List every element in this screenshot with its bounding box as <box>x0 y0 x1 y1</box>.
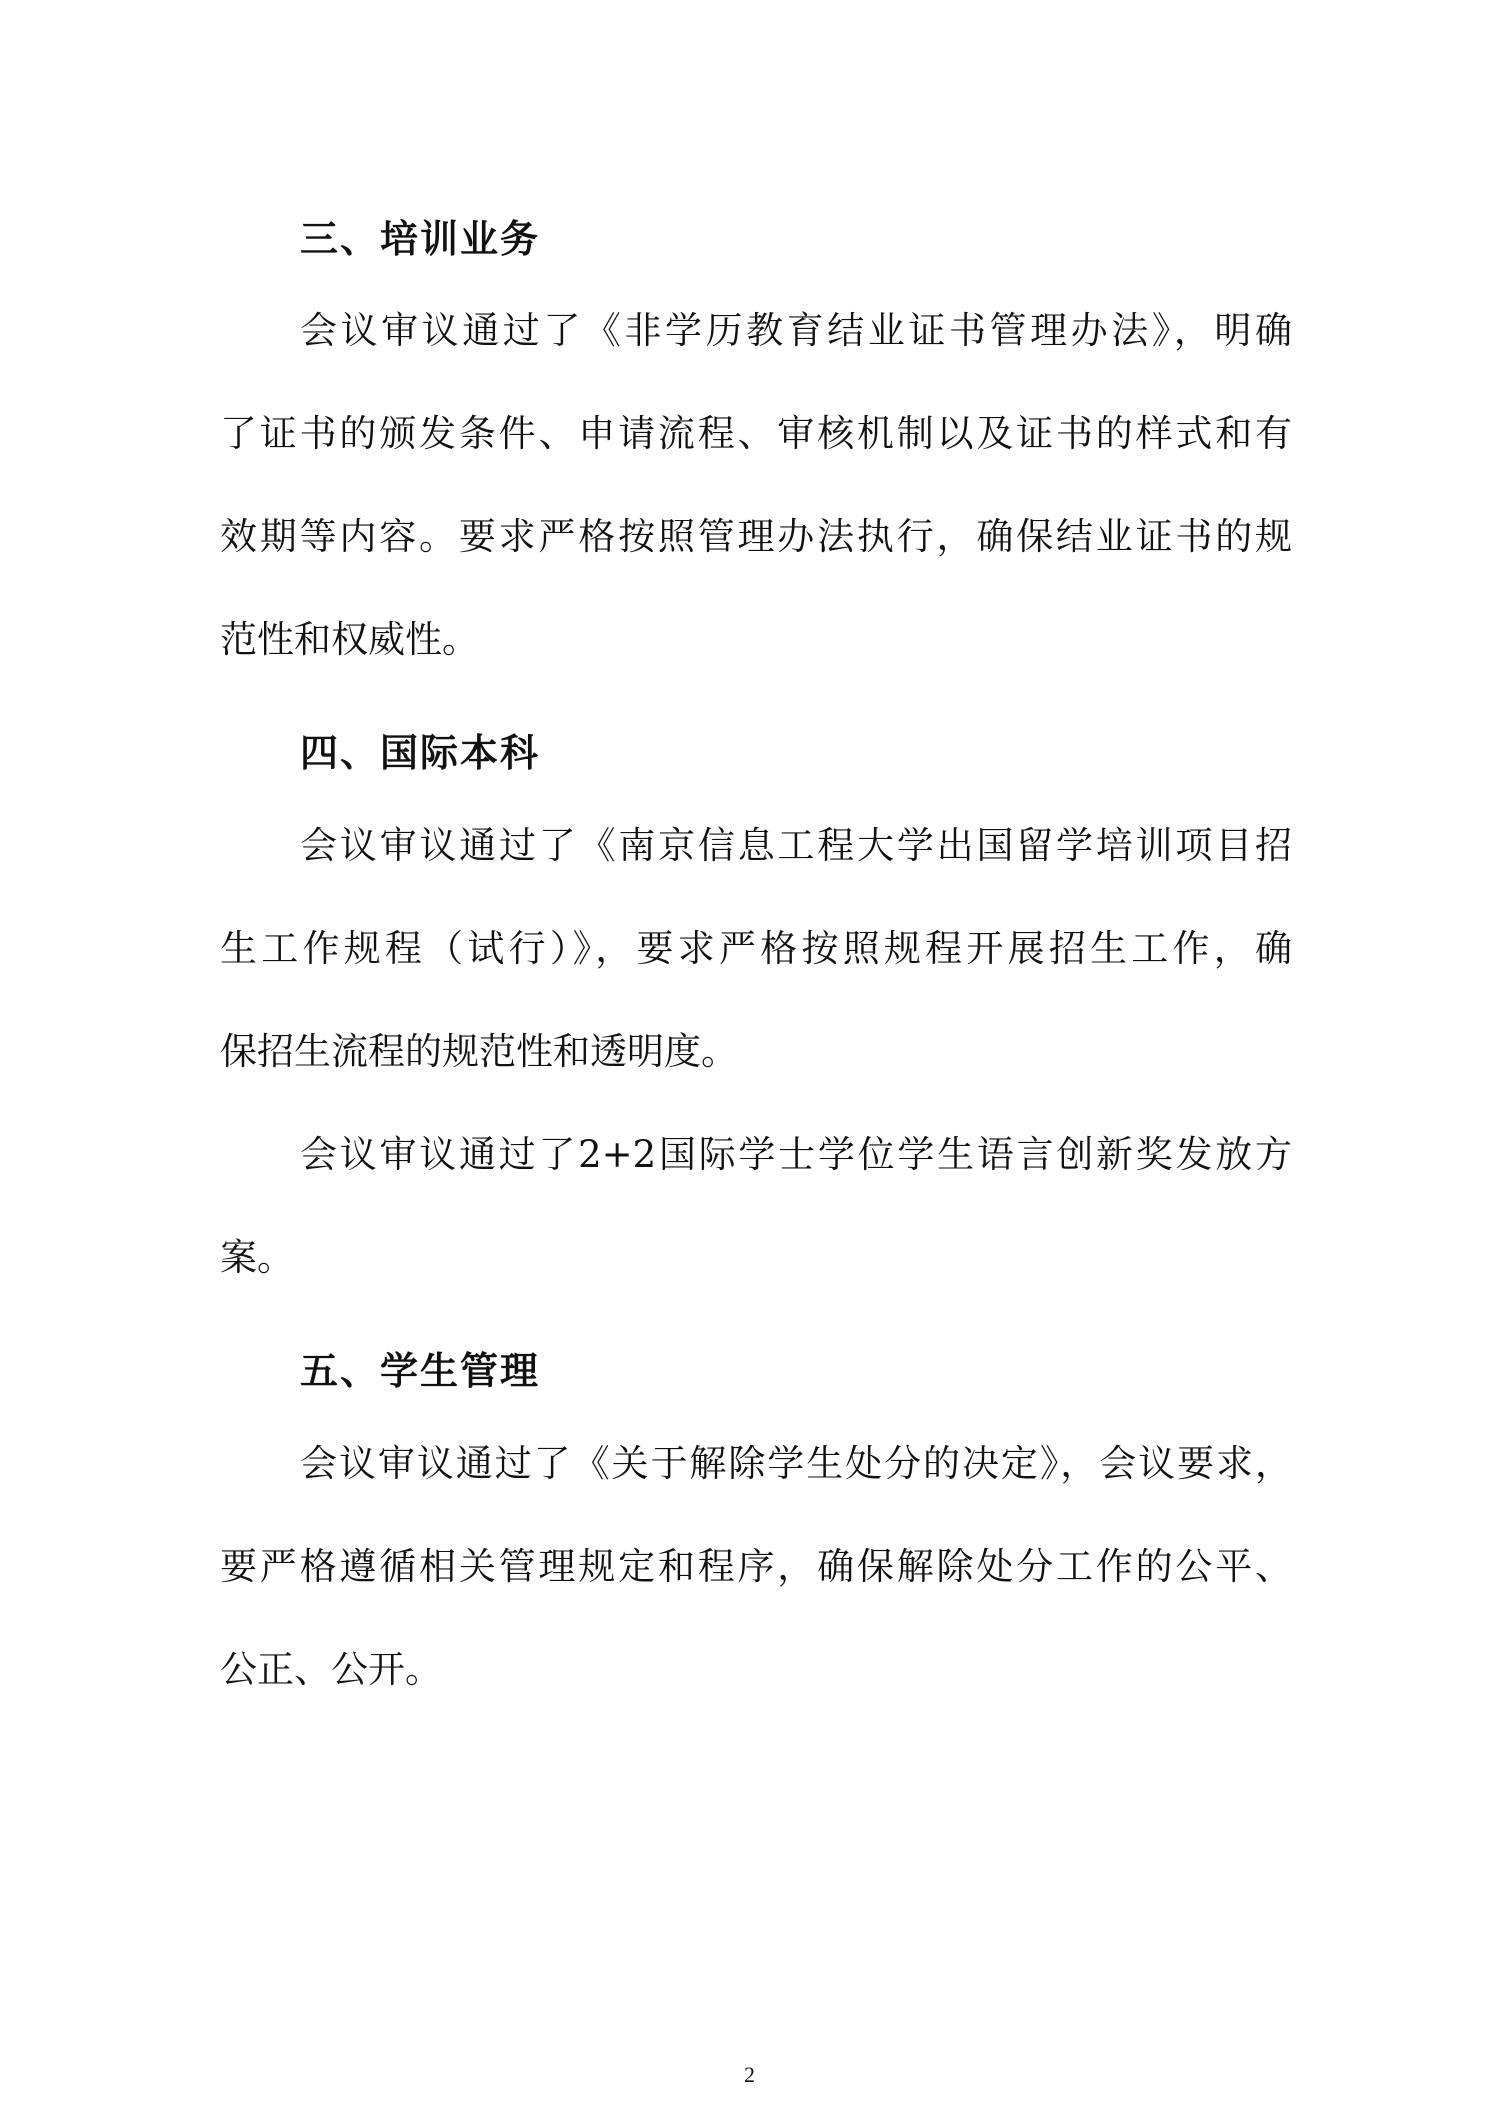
paragraph-line: 会议审议通过了《非学历教育结业证书管理办法》，明确 <box>300 300 1292 354</box>
section-heading-international-undergrad: 四、国际本科 <box>300 722 540 777</box>
paragraph-line: 公正、公开。 <box>220 1639 1292 1693</box>
paragraph-line: 会议审议通过了2+2国际学士学位学生语言创新奖发放方 <box>300 1124 1292 1178</box>
paragraph-line: 范性和权威性。 <box>220 609 1292 663</box>
paragraph-line: 生工作规程（试行）》，要求严格按照规程开展招生工作，确 <box>220 918 1292 972</box>
paragraph-line: 保招生流程的规范性和透明度。 <box>220 1021 1292 1075</box>
paragraph-line: 会议审议通过了《关于解除学生处分的决定》，会议要求， <box>300 1433 1292 1487</box>
paragraph-line: 了证书的颁发条件、申请流程、审核机制以及证书的样式和有 <box>220 403 1292 457</box>
paragraph-line: 要严格遵循相关管理规定和程序，确保解除处分工作的公平、 <box>220 1536 1292 1590</box>
section-heading-student-management: 五、学生管理 <box>300 1340 540 1395</box>
page-number: 2 <box>0 2062 1499 2088</box>
paragraph-line: 会议审议通过了《南京信息工程大学出国留学培训项目招 <box>300 815 1292 869</box>
section-heading-training: 三、培训业务 <box>300 208 540 263</box>
paragraph-line: 案。 <box>220 1227 1292 1281</box>
paragraph-line: 效期等内容。要求严格按照管理办法执行，确保结业证书的规 <box>220 506 1292 560</box>
